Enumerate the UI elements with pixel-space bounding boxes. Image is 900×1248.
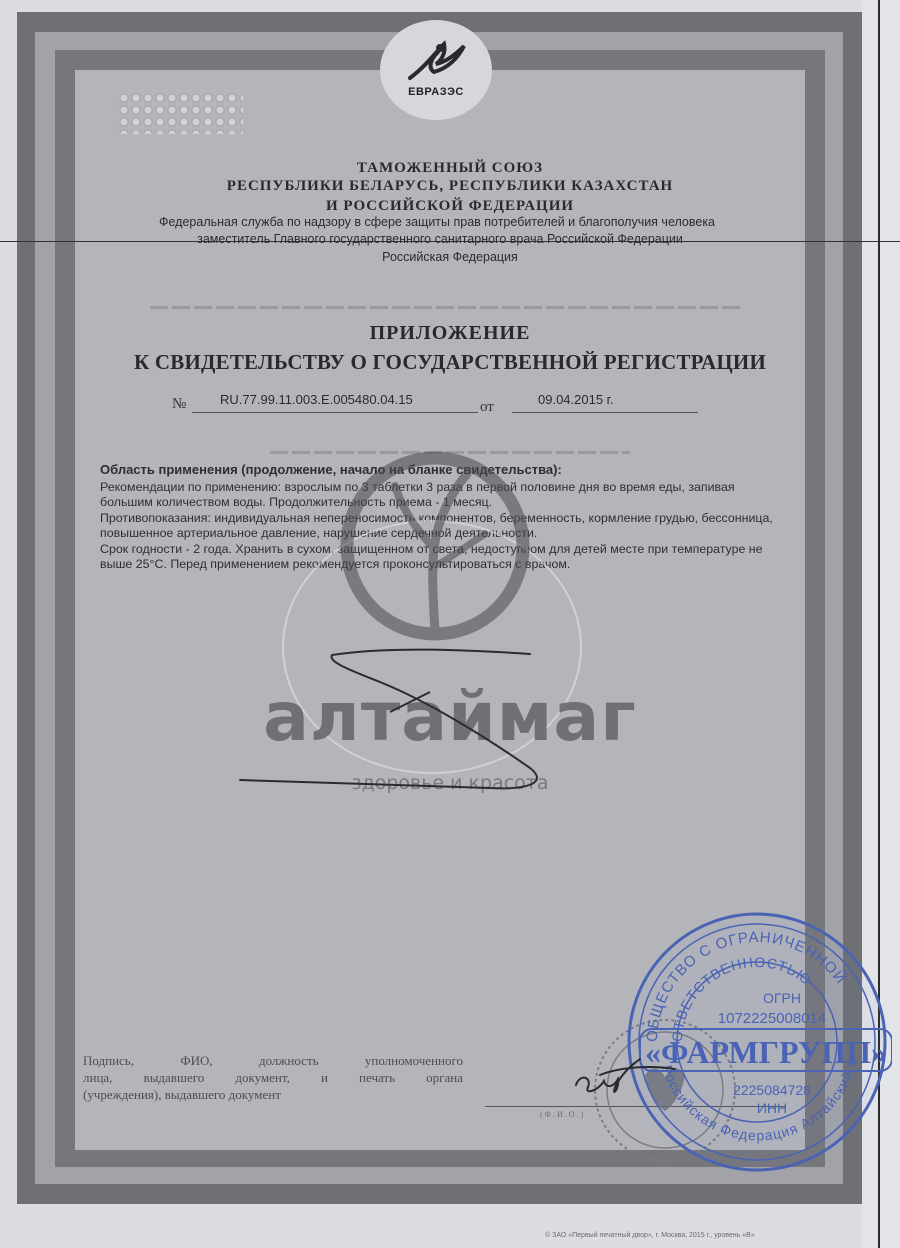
date-underline — [512, 412, 698, 413]
registration-number: RU.77.99.11.003.E.005480.04.15 — [220, 392, 413, 407]
registration-date: 09.04.2015 г. — [538, 392, 613, 407]
stamp-ogrn-label: ОГРН — [763, 990, 801, 1006]
header-service: Федеральная служба по надзору в сфере за… — [92, 215, 782, 229]
header-deputy: заместитель Главного государственного са… — [100, 232, 780, 246]
header-federation: И РОССИЙСКОЙ ФЕДЕРАЦИИ — [0, 198, 900, 215]
date-label: от — [480, 399, 494, 416]
eurasec-emblem: ЕВРАЗЭС — [380, 20, 492, 120]
official-signature — [230, 640, 630, 800]
fio-label: (Ф.И.О.) — [540, 1110, 585, 1119]
eurasec-bird-icon — [406, 38, 466, 86]
signer-caption-line: Подпись, ФИО, должность уполномоченного — [83, 1052, 463, 1069]
stamp-inn-label: ИНН — [757, 1100, 787, 1116]
stamp-ogrn: 1072225008014 — [718, 1010, 826, 1027]
altaimag-logo-icon — [335, 446, 535, 646]
title-annex: ПРИЛОЖЕНИЕ — [0, 322, 900, 345]
header-union: ТАМОЖЕННЫЙ СОЮЗ — [0, 160, 900, 177]
signer-caption: Подпись, ФИО, должность уполномоченного … — [83, 1052, 463, 1103]
number-underline — [192, 412, 478, 413]
header-country: Российская Федерация — [0, 250, 900, 264]
signer-caption-line: лица, выдавшего документ, и печать орган… — [83, 1069, 463, 1086]
printer-footer: © ЗАО «Первый печатный двор», г. Москва,… — [545, 1232, 755, 1239]
eurasec-label: ЕВРАЗЭС — [408, 86, 464, 98]
company-stamp: ОБЩЕСТВО С ОГРАНИЧЕННОЙ ОТВЕТСТВЕННОСТЬЮ… — [622, 907, 892, 1177]
title-certificate: К СВИДЕТЕЛЬСТВУ О ГОСУДАРСТВЕННОЙ РЕГИСТ… — [0, 350, 900, 375]
header-republics: РЕСПУБЛИКИ БЕЛАРУСЬ, РЕСПУБЛИКИ КАЗАХСТА… — [0, 178, 900, 195]
registration-line: № RU.77.99.11.003.E.005480.04.15 от 09.0… — [172, 390, 702, 416]
number-label: № — [172, 396, 186, 413]
guilloche-ornament — [118, 92, 243, 134]
signer-signature — [570, 1055, 680, 1105]
fine-print-caption — [150, 306, 740, 309]
signer-caption-line: (учреждения), выдавшего документ — [83, 1086, 463, 1103]
stamp-inn: 2225084728 — [733, 1082, 811, 1098]
